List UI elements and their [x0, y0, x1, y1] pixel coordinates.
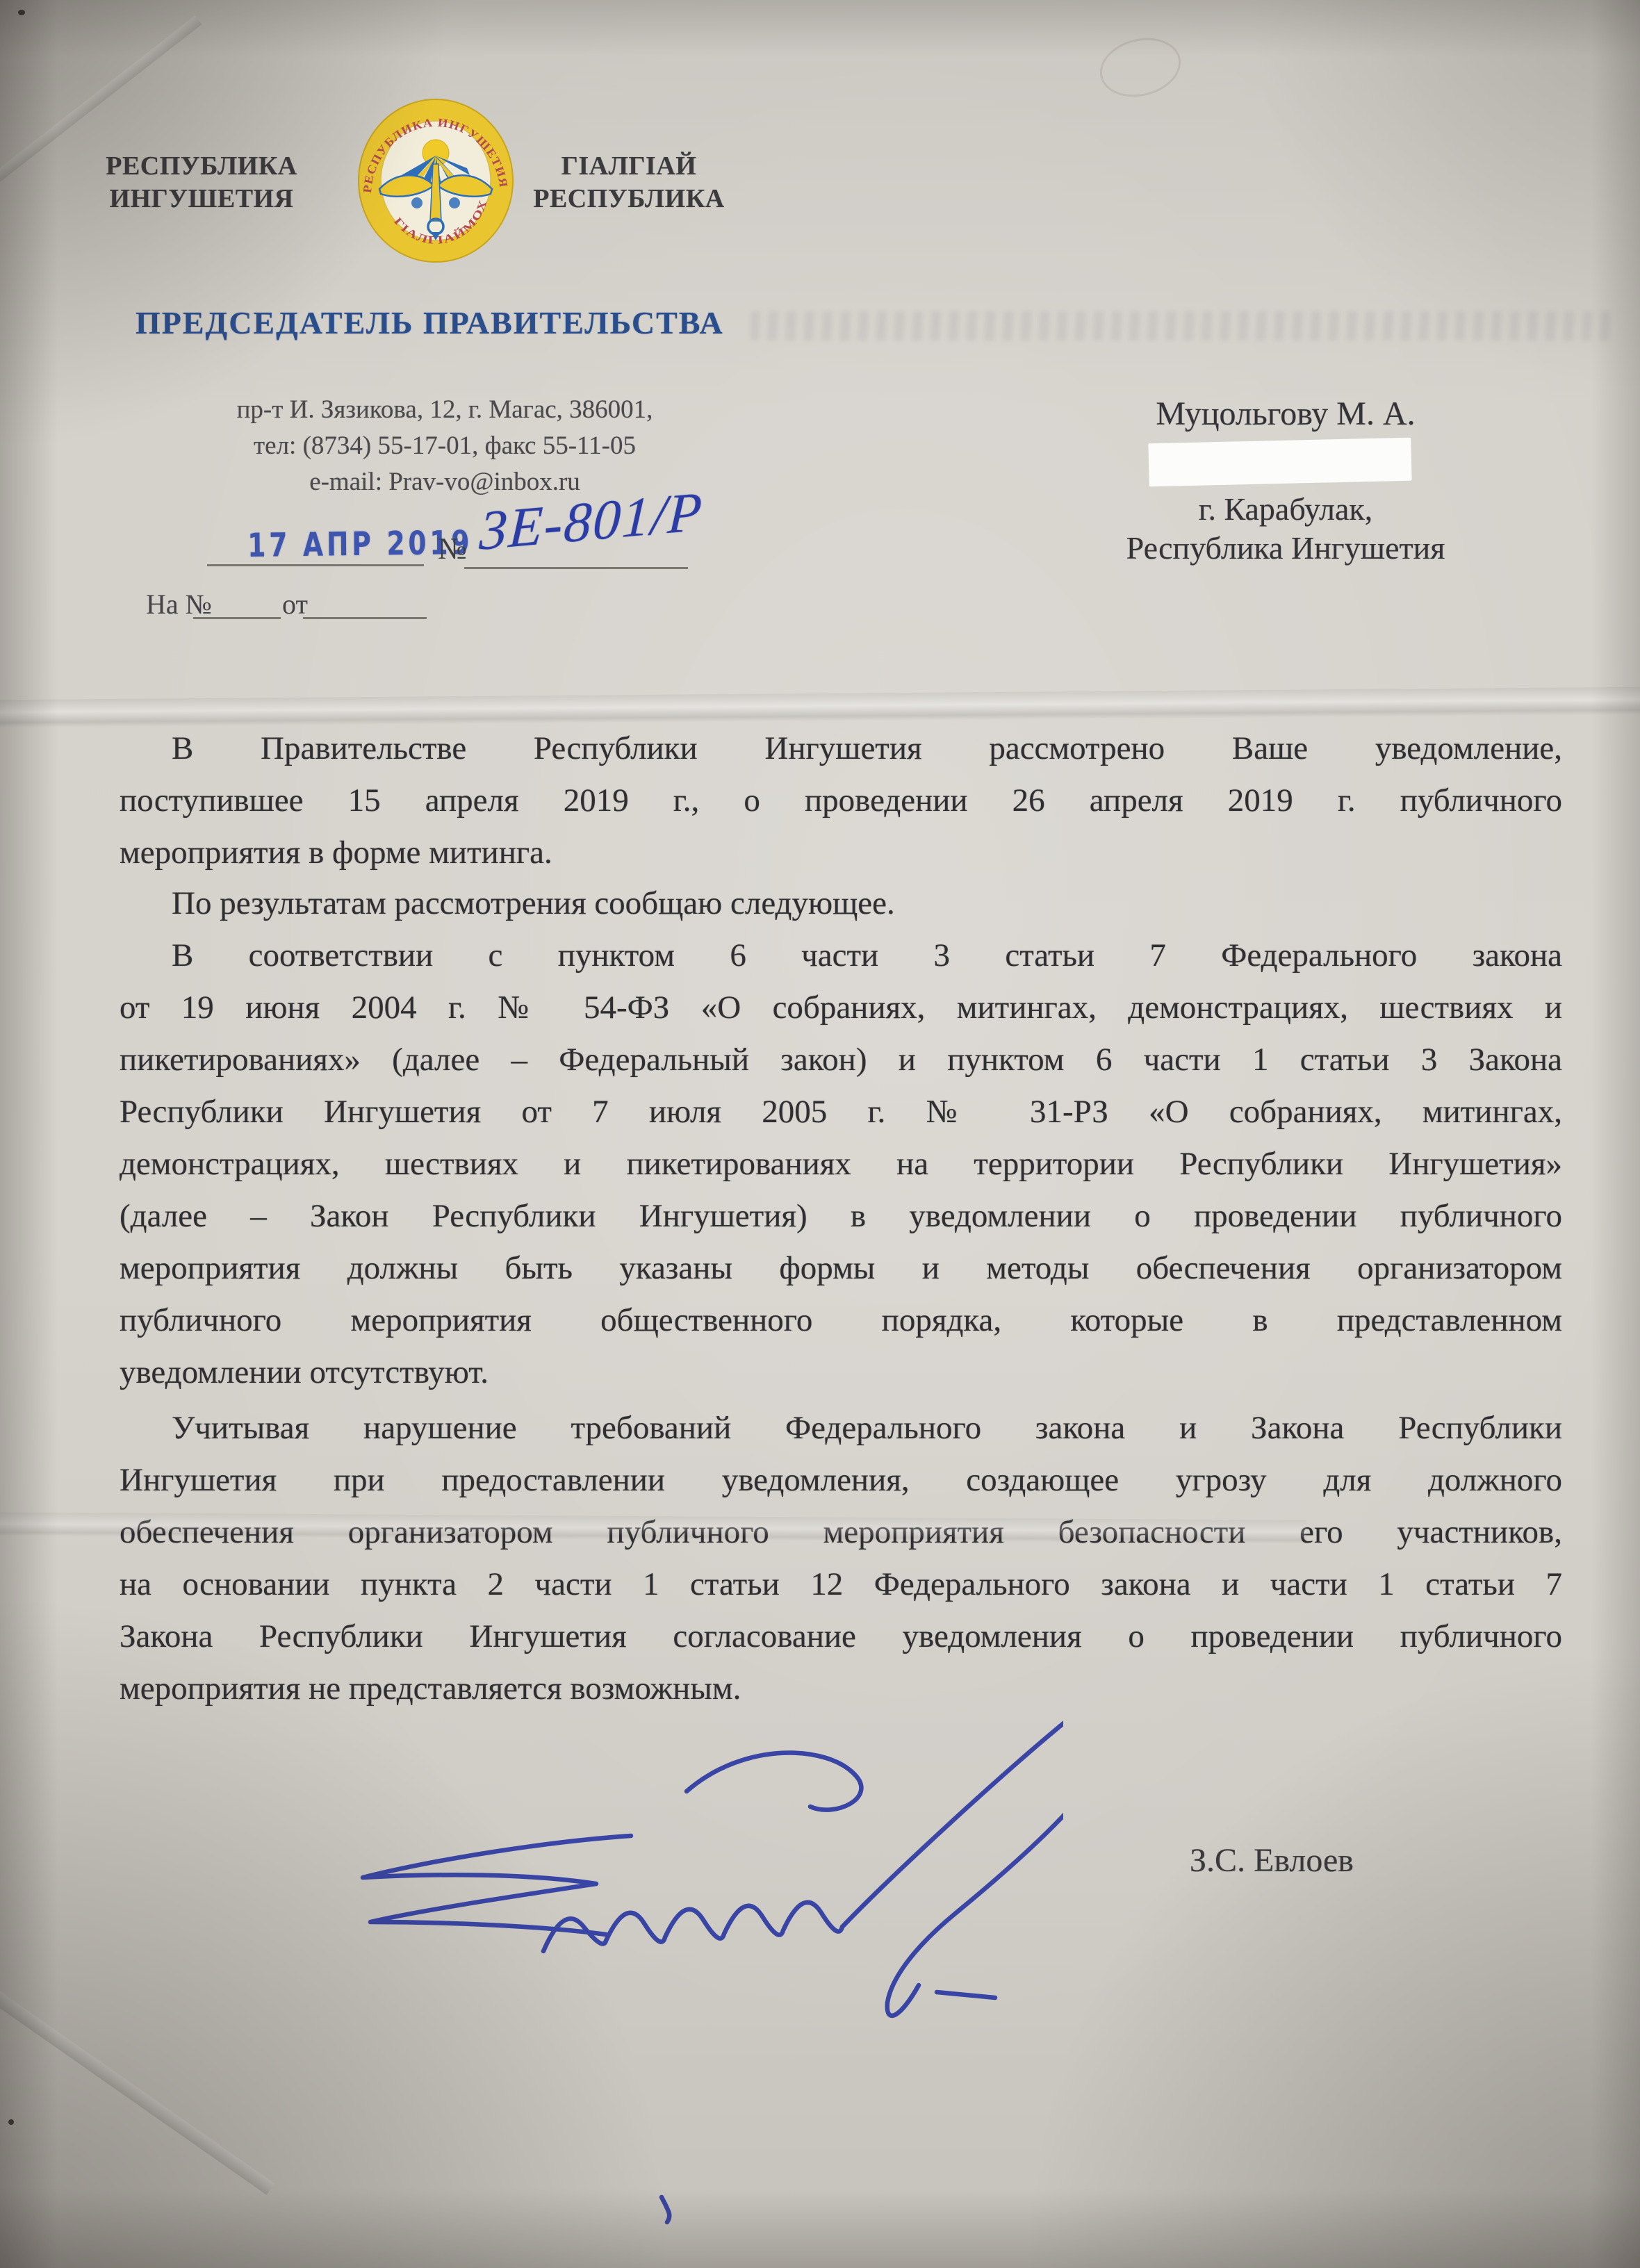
body-line: В Правительстве Республики Ингушетия рас…	[120, 723, 1562, 775]
signature-tick	[662, 2197, 669, 2222]
body-paragraph-1: В Правительстве Республики Ингушетия рас…	[120, 723, 1562, 879]
body-line: на основании пункта 2 части 1 статьи 12 …	[120, 1559, 1562, 1611]
body-line: (далее – Закон Республики Ингушетия) в у…	[120, 1190, 1562, 1242]
redaction-box	[1148, 438, 1411, 487]
body-line: мероприятия в форме митинга.	[120, 827, 1562, 879]
reply-number-label: На №	[146, 588, 212, 621]
handwritten-signature	[299, 1647, 1063, 2237]
body-line: публичного мероприятия общественного пор…	[120, 1295, 1562, 1347]
photo-speck	[8, 2119, 14, 2125]
address-line: тел: (8734) 55-17-01, факс 55-11-05	[167, 428, 723, 464]
body-line: Республики Ингушетия от 7 июля 2005 г. №…	[120, 1086, 1562, 1138]
paper-crease	[0, 687, 1640, 728]
letterhead-right-name-line2: РЕСПУБЛИКА	[525, 183, 733, 215]
number-sign: №	[438, 531, 467, 566]
letter-photo: РЕСПУБЛИКА ИНГУШЕТИЯ ГІАЛГІАЙ РЕСПУБЛИКА…	[0, 0, 1640, 2268]
number-underline	[464, 567, 688, 569]
body-line: от 19 июня 2004 г. № 54-ФЗ «О собраниях,…	[120, 982, 1562, 1034]
body-line: демонстрациях, шествиях и пикетированиях…	[120, 1138, 1562, 1190]
letterhead-left-name-line2: ИНГУШЕТИЯ	[97, 183, 306, 215]
body-line: поступившее 15 апреля 2019 г., о проведе…	[120, 775, 1562, 827]
body-line: обеспечения организатором публичного мер…	[120, 1506, 1562, 1559]
paper-crease	[0, 1960, 274, 2195]
letterhead-right-name: ГІАЛГІАЙ РЕСПУБЛИКА	[525, 150, 733, 215]
body-line: В соответствии с пунктом 6 части 3 стать…	[120, 930, 1562, 982]
body-paragraph-2: По результатам рассмотрения сообщаю след…	[120, 878, 1562, 930]
address-block: пр-т И. Зязикова, 12, г. Магас, 386001, …	[167, 392, 723, 500]
body-line: уведомлении отсутствуют.	[120, 1347, 1562, 1399]
address-line: пр-т И. Зязикова, 12, г. Магас, 386001,	[167, 392, 723, 428]
body-line: пикетированиях» (далее – Федеральный зак…	[120, 1034, 1562, 1086]
signer-name: З.С. Евлоев	[1190, 1841, 1354, 1880]
recipient-name: Муцольгову М. А.	[1108, 395, 1463, 434]
body-paragraph-3: В соответствии с пунктом 6 части 3 стать…	[120, 930, 1562, 1399]
reply-number-underline	[193, 617, 281, 619]
date-underline	[207, 564, 424, 566]
body-line: Учитывая нарушение требований Федерально…	[120, 1402, 1562, 1454]
republic-emblem: РЕСПУБЛИКА ИНГУШЕТИЯ ГІАЛГІАЙМОХК	[356, 97, 516, 264]
body-line: Ингушетия при предоставлении уведомления…	[120, 1454, 1562, 1506]
recipient-region: Республика Ингушетия	[1108, 529, 1463, 566]
reply-from-underline	[303, 617, 427, 619]
recipient-city: г. Карабулак,	[1108, 491, 1463, 527]
body-line: мероприятия должны быть указаны формы и …	[120, 1242, 1562, 1295]
bleedthrough-text	[751, 311, 1612, 340]
body-line: По результатам рассмотрения сообщаю след…	[120, 878, 1562, 930]
office-title: ПРЕДСЕДАТЕЛЬ ПРАВИТЕЛЬСТВА	[136, 304, 724, 341]
letterhead-left-name: РЕСПУБЛИКА ИНГУШЕТИЯ	[97, 150, 306, 215]
ghost-ring-mark	[1094, 30, 1187, 105]
photo-speck	[18, 10, 25, 15]
letterhead-right-name-line1: ГІАЛГІАЙ	[525, 150, 733, 183]
reply-from-label: от	[282, 588, 308, 621]
recipient-block: Муцольгову М. А. г. Карабулак, Республик…	[1108, 395, 1463, 434]
letterhead-left-name-line1: РЕСПУБЛИКА	[97, 150, 306, 183]
